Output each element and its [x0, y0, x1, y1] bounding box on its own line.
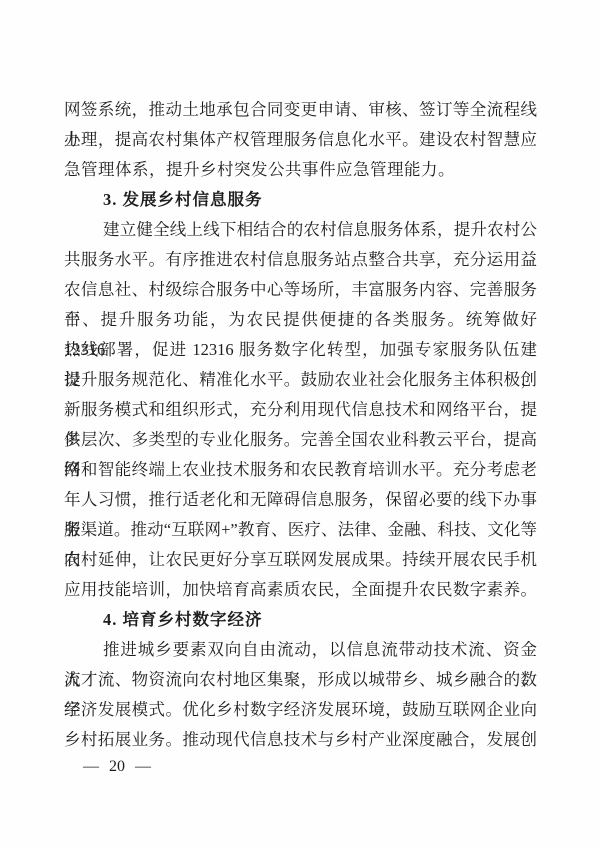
body-line: 经济发展模式。优化乡村数字经济发展环境，鼓励互联网企业向 — [64, 695, 537, 725]
body-line: 农信息社、村级综合服务中心等场所，丰富服务内容、完善服务平 — [64, 275, 537, 305]
body-line: 新服务模式和组织形式，充分利用现代信息技术和网络平台，提供 — [64, 395, 537, 425]
document-page: 网签系统，推动土地承包合同变更申请、审核、签订等全流程线上 办理，提高农村集体产… — [0, 0, 600, 848]
section-heading-4: 4. 培育乡村数字经济 — [64, 605, 537, 635]
body-line: 年人习惯，推行适老化和无障碍信息服务，保留必要的线下办事服 — [64, 485, 537, 515]
body-line: 提升服务规范化、精准化水平。鼓励农业社会化服务主体积极创 — [64, 365, 537, 395]
body-line: 办理，提高农村集体产权管理服务信息化水平。建设农村智慧应 — [64, 125, 537, 155]
body-line: 热线部署，促进 12316 服务数字化转型，加强专家服务队伍建设， — [64, 335, 537, 365]
section-heading-3: 3. 发展乡村信息服务 — [64, 185, 537, 215]
body-line: 务渠道。推动“互联网+”教育、医疗、法律、金融、科技、文化等向 — [64, 515, 537, 545]
body-line: 人才流、物资流向农村地区集聚，形成以城带乡、城乡融合的数字 — [64, 665, 537, 695]
body-line: 共服务水平。有序推进农村信息服务站点整合共享，充分运用益 — [64, 245, 537, 275]
body-line: 农村延伸，让农民更好分享互联网发展成果。持续开展农民手机 — [64, 545, 537, 575]
body-line-paragraph-end: 急管理体系，提升乡村突发公共事件应急管理能力。 — [64, 155, 537, 185]
body-line: 台、提升服务功能，为农民提供便捷的各类服务。统筹做好 12316 — [64, 305, 537, 335]
body-line-paragraph-end: 应用技能培训，加快培育高素质农民，全面提升农民数字素养。 — [64, 575, 537, 605]
body-line: 网签系统，推动土地承包合同变更申请、审核、签订等全流程线上 — [64, 95, 537, 125]
body-line-paragraph-start: 建立健全线上线下相结合的农村信息服务体系，提升农村公 — [64, 215, 537, 245]
body-line-paragraph-start: 推进城乡要素双向自由流动，以信息流带动技术流、资金流、 — [64, 635, 537, 665]
body-line: 乡村拓展业务。推动现代信息技术与乡村产业深度融合，发展创 — [64, 725, 537, 755]
text-block: 网签系统，推动土地承包合同变更申请、审核、签订等全流程线上 办理，提高农村集体产… — [64, 95, 537, 755]
body-line: 多层次、多类型的专业化服务。完善全国农业科教云平台，提高网 — [64, 425, 537, 455]
body-line: 络和智能终端上农业技术服务和农民教育培训水平。充分考虑老 — [64, 455, 537, 485]
page-number: — 20 — — [83, 755, 151, 779]
